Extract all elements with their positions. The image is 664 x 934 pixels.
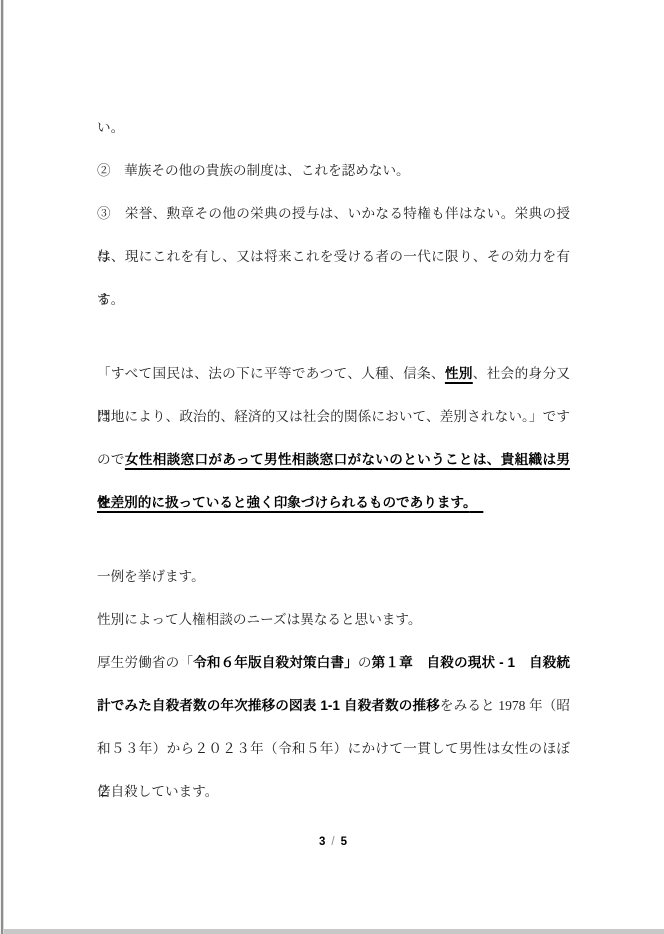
text-line: 厚生労働省の「令和６年版自殺対策白書」の第１章 自殺の現状 - 1 自殺統 <box>97 641 570 684</box>
paragraph-equality-clause-argument: 「すべて国民は、法の下に平等であつて、人種、信条、性別、社会的身分又は門地により… <box>97 352 570 524</box>
text-segment: 門地により、政治的、経済的又は社会的関係において、差別されない。」です <box>97 409 570 424</box>
text-segment: る。 <box>97 292 124 307</box>
text-line: 和５３年）から２０２３年（令和５年）にかけて一貫して男性は女性のほぼ２ <box>97 727 570 770</box>
text-segment: 「すべて国民は、法の下に平等であつて、人種、信条、 <box>97 366 445 381</box>
page-number-total: 5 <box>341 836 348 848</box>
text-segment: ② 華族その他の貴族の制度は、これを認めない。 <box>97 163 410 178</box>
text-line: ② 華族その他の貴族の制度は、これを認めない。 <box>97 149 570 192</box>
text-segment: 性別によって人権相談のニーズは異なると思います。 <box>97 612 421 627</box>
underline-segment <box>470 495 484 510</box>
page-number-separator: / <box>331 836 335 848</box>
text-line: る。 <box>97 278 570 321</box>
page-number-current: 3 <box>319 836 326 848</box>
bold-text-segment: 第１章 自殺の現状 - 1 自殺統 <box>372 655 570 670</box>
bold-underline-text-segment: 性別 <box>445 366 473 381</box>
text-segment: 一例を挙げます。 <box>97 569 205 584</box>
text-line: 性別によって人権相談のニーズは異なると思います。 <box>97 598 570 641</box>
text-line: 計でみた自殺者数の年次推移の図表 1-1 自殺者数の推移をみると 1978 年（… <box>97 684 570 727</box>
text-line: 倍自殺しています。 <box>97 770 570 813</box>
paragraph-constitution-honors-clauses: い。② 華族その他の貴族の制度は、これを認めない。③ 栄誉、勲章その他の栄典の授… <box>97 106 570 321</box>
text-line: ので女性相談窓口があって男性相談窓口がないのということは、貴組織は男性 <box>97 438 570 481</box>
text-line: 門地により、政治的、経済的又は社会的関係において、差別されない。」です <box>97 395 570 438</box>
document-body: い。② 華族その他の貴族の制度は、これを認めない。③ 栄誉、勲章その他の栄典の授… <box>97 106 570 813</box>
text-line: を差別的に扱っていると強く印象づけられるものであります。 <box>97 481 570 524</box>
document-page: い。② 華族その他の貴族の制度は、これを認めない。③ 栄誉、勲章その他の栄典の授… <box>0 0 664 934</box>
text-segment: い。 <box>97 120 124 135</box>
text-line: 一例を挙げます。 <box>97 555 570 598</box>
viewer-left-border <box>0 0 4 934</box>
text-segment: の <box>358 655 372 670</box>
page-footer: 3/5 <box>97 836 570 848</box>
text-line: い。 <box>97 106 570 149</box>
bold-text-segment: 計でみた自殺者数の年次推移の図表 1-1 自殺者数の推移 <box>97 698 440 713</box>
text-line: ③ 栄誉、勲章その他の栄典の授与は、いかなる特権も伴はない。栄典の授与 <box>97 192 570 235</box>
viewer-bottom-border <box>0 929 664 934</box>
text-line: は、現にこれを有し、又は将来これを受ける者の一代に限り、その効力を有す <box>97 235 570 278</box>
text-line: 「すべて国民は、法の下に平等であつて、人種、信条、性別、社会的身分又は <box>97 352 570 395</box>
text-segment: をみると 1978 年（昭 <box>440 698 570 713</box>
bold-text-segment: 令和６年版自殺対策白書」 <box>193 655 358 670</box>
text-segment: 厚生労働省の「 <box>97 655 193 670</box>
text-segment: ので <box>97 452 125 467</box>
bold-underline-text-segment: を差別的に扱っていると強く印象づけられるものであります。 <box>97 495 470 510</box>
paragraph-suicide-statistics-example: 一例を挙げます。性別によって人権相談のニーズは異なると思います。厚生労働省の「令… <box>97 555 570 813</box>
text-segment: 倍自殺しています。 <box>97 784 218 799</box>
